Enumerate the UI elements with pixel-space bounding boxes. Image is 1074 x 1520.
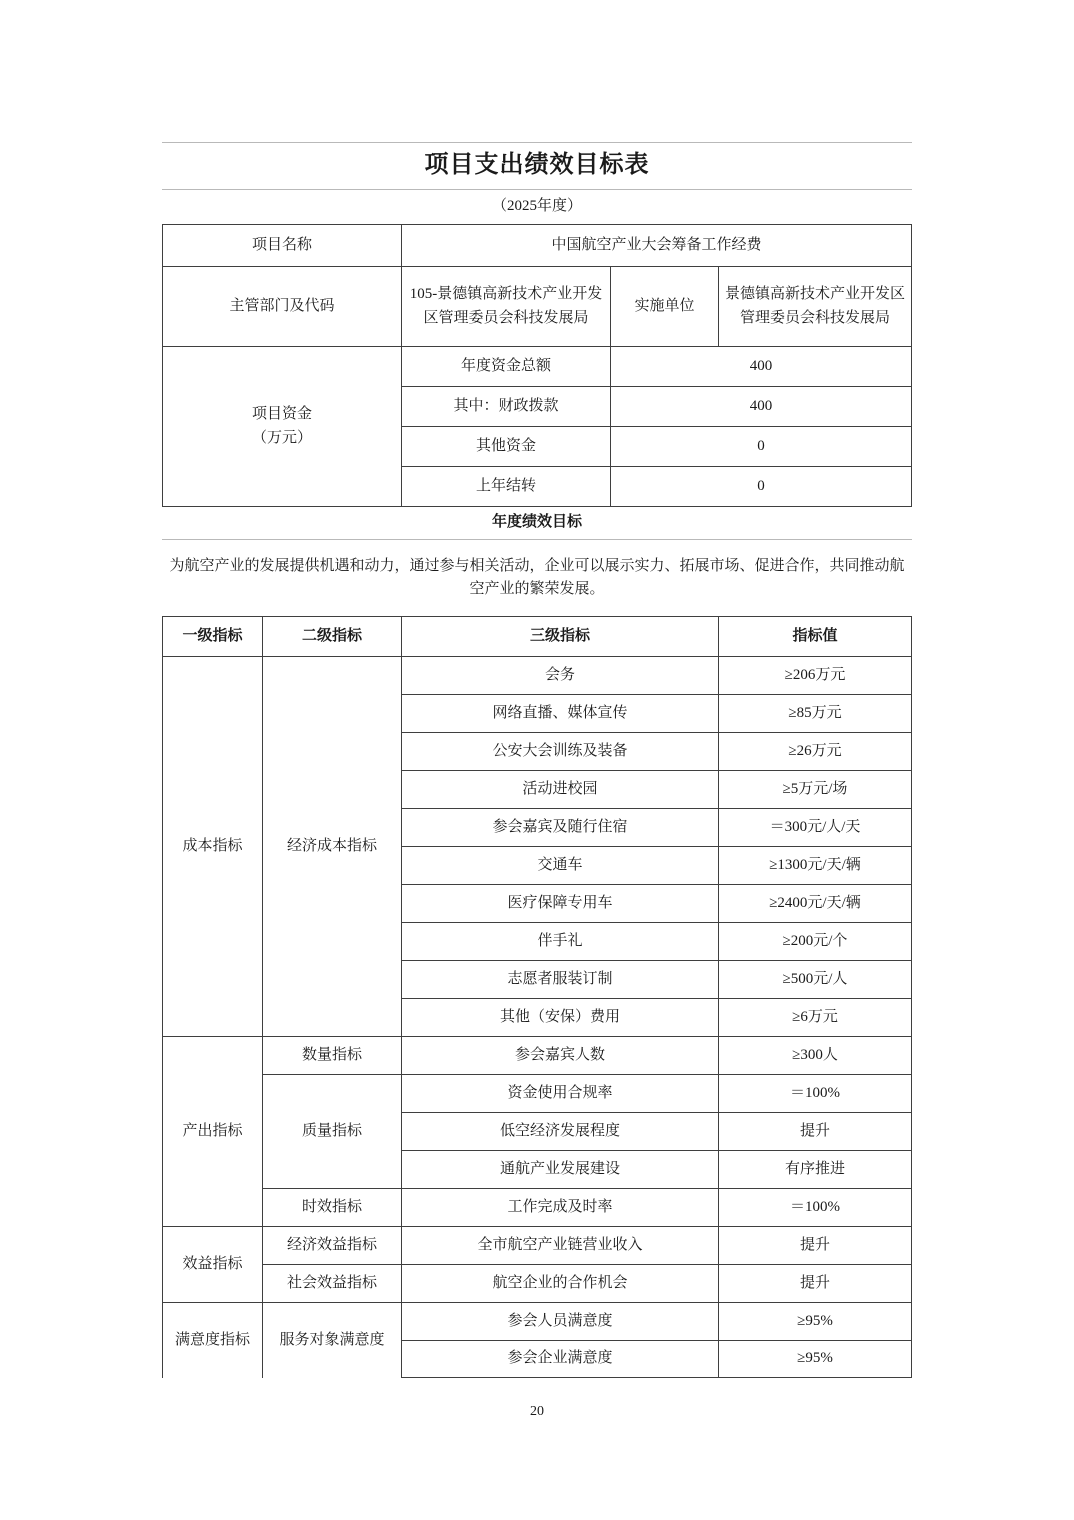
indicator-name-cell: 活动进校园 bbox=[401, 770, 718, 808]
header-level1: 一级指标 bbox=[162, 616, 262, 656]
indicator-value-cell: ＝100% bbox=[718, 1188, 912, 1226]
indicator-name-cell: 航空企业的合作机会 bbox=[401, 1264, 718, 1302]
funding-item-value: 400 bbox=[610, 386, 912, 426]
indicator-level2-cell: 经济效益指标 bbox=[262, 1226, 401, 1264]
indicator-row: 时效指标工作完成及时率＝100% bbox=[162, 1188, 912, 1226]
document-title: 项目支出绩效目标表 bbox=[162, 142, 912, 189]
document-subtitle: （2025年度） bbox=[162, 189, 912, 224]
department-row: 主管部门及代码 105-景德镇高新技术产业开发区管理委员会科技发展局 实施单位 … bbox=[162, 266, 912, 346]
project-funding-label: 项目资金 （万元） bbox=[162, 346, 401, 506]
funding-item-value: 0 bbox=[610, 426, 912, 466]
indicator-name-cell: 网络直播、媒体宣传 bbox=[401, 694, 718, 732]
indicator-name-cell: 医疗保障专用车 bbox=[401, 884, 718, 922]
title-row: 项目支出绩效目标表 bbox=[162, 142, 912, 189]
department-value: 105-景德镇高新技术产业开发区管理委员会科技发展局 bbox=[401, 266, 610, 346]
indicator-value-cell: ≥500元/人 bbox=[718, 960, 912, 998]
indicator-value-cell: 提升 bbox=[718, 1264, 912, 1302]
indicator-value-cell: ≥5万元/场 bbox=[718, 770, 912, 808]
header-level2: 二级指标 bbox=[262, 616, 401, 656]
indicator-name-cell: 工作完成及时率 bbox=[401, 1188, 718, 1226]
indicator-row: 满意度指标服务对象满意度参会人员满意度≥95% bbox=[162, 1302, 912, 1340]
indicator-name-cell: 全市航空产业链营业收入 bbox=[401, 1226, 718, 1264]
indicator-rows-body: 成本指标经济成本指标会务≥206万元网络直播、媒体宣传≥85万元公安大会训练及装… bbox=[162, 656, 912, 1378]
indicator-name-cell: 会务 bbox=[401, 656, 718, 694]
indicator-name-cell: 参会嘉宾人数 bbox=[401, 1036, 718, 1074]
funding-item-label: 上年结转 bbox=[401, 466, 610, 506]
annual-goal-description-row: 为航空产业的发展提供机遇和动力，通过参与相关活动，企业可以展示实力、拓展市场、促… bbox=[162, 539, 912, 616]
funding-item-value: 0 bbox=[610, 466, 912, 506]
page-number: 20 bbox=[162, 1404, 912, 1420]
indicator-level1-cell: 成本指标 bbox=[162, 656, 262, 1036]
indicator-value-cell: ≥95% bbox=[718, 1340, 912, 1378]
header-value: 指标值 bbox=[718, 616, 912, 656]
indicator-row: 效益指标经济效益指标全市航空产业链营业收入提升 bbox=[162, 1226, 912, 1264]
department-label: 主管部门及代码 bbox=[162, 266, 401, 346]
indicator-value-cell: ≥300人 bbox=[718, 1036, 912, 1074]
project-name-row: 项目名称 中国航空产业大会筹备工作经费 bbox=[162, 224, 912, 266]
indicator-value-cell: ≥1300元/天/辆 bbox=[718, 846, 912, 884]
indicator-value-cell: ≥2400元/天/辆 bbox=[718, 884, 912, 922]
indicator-name-cell: 资金使用合规率 bbox=[401, 1074, 718, 1112]
indicator-value-cell: ＝300元/人/天 bbox=[718, 808, 912, 846]
project-name-value: 中国航空产业大会筹备工作经费 bbox=[401, 224, 912, 266]
annual-goal-header-row: 年度绩效目标 bbox=[162, 506, 912, 539]
indicator-level2-cell: 服务对象满意度 bbox=[262, 1302, 401, 1378]
indicator-level1-cell: 满意度指标 bbox=[162, 1302, 262, 1378]
funding-item-label: 其他资金 bbox=[401, 426, 610, 466]
implementing-unit-label: 实施单位 bbox=[610, 266, 718, 346]
indicator-value-cell: ≥85万元 bbox=[718, 694, 912, 732]
indicator-value-cell: 提升 bbox=[718, 1226, 912, 1264]
indicator-row: 成本指标经济成本指标会务≥206万元 bbox=[162, 656, 912, 694]
performance-target-table: 项目支出绩效目标表 （2025年度） 项目名称 中国航空产业大会筹备工作经费 主… bbox=[162, 142, 912, 1378]
subtitle-row: （2025年度） bbox=[162, 189, 912, 224]
indicator-level2-cell: 社会效益指标 bbox=[262, 1264, 401, 1302]
funding-row: 项目资金 （万元） 年度资金总额 400 bbox=[162, 346, 912, 386]
implementing-unit-value: 景德镇高新技术产业开发区管理委员会科技发展局 bbox=[718, 266, 912, 346]
indicator-name-cell: 交通车 bbox=[401, 846, 718, 884]
indicator-value-cell: ≥6万元 bbox=[718, 998, 912, 1036]
indicator-row: 社会效益指标航空企业的合作机会提升 bbox=[162, 1264, 912, 1302]
indicator-name-cell: 参会人员满意度 bbox=[401, 1302, 718, 1340]
header-level3: 三级指标 bbox=[401, 616, 718, 656]
indicator-value-cell: ≥26万元 bbox=[718, 732, 912, 770]
indicator-header-row: 一级指标 二级指标 三级指标 指标值 bbox=[162, 616, 912, 656]
indicator-name-cell: 低空经济发展程度 bbox=[401, 1112, 718, 1150]
indicator-value-cell: ≥95% bbox=[718, 1302, 912, 1340]
indicator-name-cell: 通航产业发展建设 bbox=[401, 1150, 718, 1188]
annual-goal-description: 为航空产业的发展提供机遇和动力，通过参与相关活动，企业可以展示实力、拓展市场、促… bbox=[162, 539, 912, 616]
indicator-name-cell: 志愿者服装订制 bbox=[401, 960, 718, 998]
indicator-name-cell: 参会企业满意度 bbox=[401, 1340, 718, 1378]
indicator-value-cell: 提升 bbox=[718, 1112, 912, 1150]
indicator-name-cell: 公安大会训练及装备 bbox=[401, 732, 718, 770]
indicator-level2-cell: 质量指标 bbox=[262, 1074, 401, 1188]
annual-goal-header: 年度绩效目标 bbox=[162, 506, 912, 539]
indicator-level2-cell: 数量指标 bbox=[262, 1036, 401, 1074]
document-page: 项目支出绩效目标表 （2025年度） 项目名称 中国航空产业大会筹备工作经费 主… bbox=[0, 0, 1074, 1420]
funding-item-label: 年度资金总额 bbox=[401, 346, 610, 386]
indicator-row: 产出指标数量指标参会嘉宾人数≥300人 bbox=[162, 1036, 912, 1074]
indicator-row: 质量指标资金使用合规率＝100% bbox=[162, 1074, 912, 1112]
indicator-level1-cell: 效益指标 bbox=[162, 1226, 262, 1302]
indicator-level2-cell: 时效指标 bbox=[262, 1188, 401, 1226]
indicator-level1-cell: 产出指标 bbox=[162, 1036, 262, 1226]
indicator-value-cell: ＝100% bbox=[718, 1074, 912, 1112]
indicator-value-cell: ≥200元/个 bbox=[718, 922, 912, 960]
funding-item-label: 其中：财政拨款 bbox=[401, 386, 610, 426]
indicator-name-cell: 伴手礼 bbox=[401, 922, 718, 960]
indicator-level2-cell: 经济成本指标 bbox=[262, 656, 401, 1036]
project-name-label: 项目名称 bbox=[162, 224, 401, 266]
indicator-value-cell: ≥206万元 bbox=[718, 656, 912, 694]
indicator-value-cell: 有序推进 bbox=[718, 1150, 912, 1188]
indicator-name-cell: 参会嘉宾及随行住宿 bbox=[401, 808, 718, 846]
funding-item-value: 400 bbox=[610, 346, 912, 386]
indicator-name-cell: 其他（安保）费用 bbox=[401, 998, 718, 1036]
